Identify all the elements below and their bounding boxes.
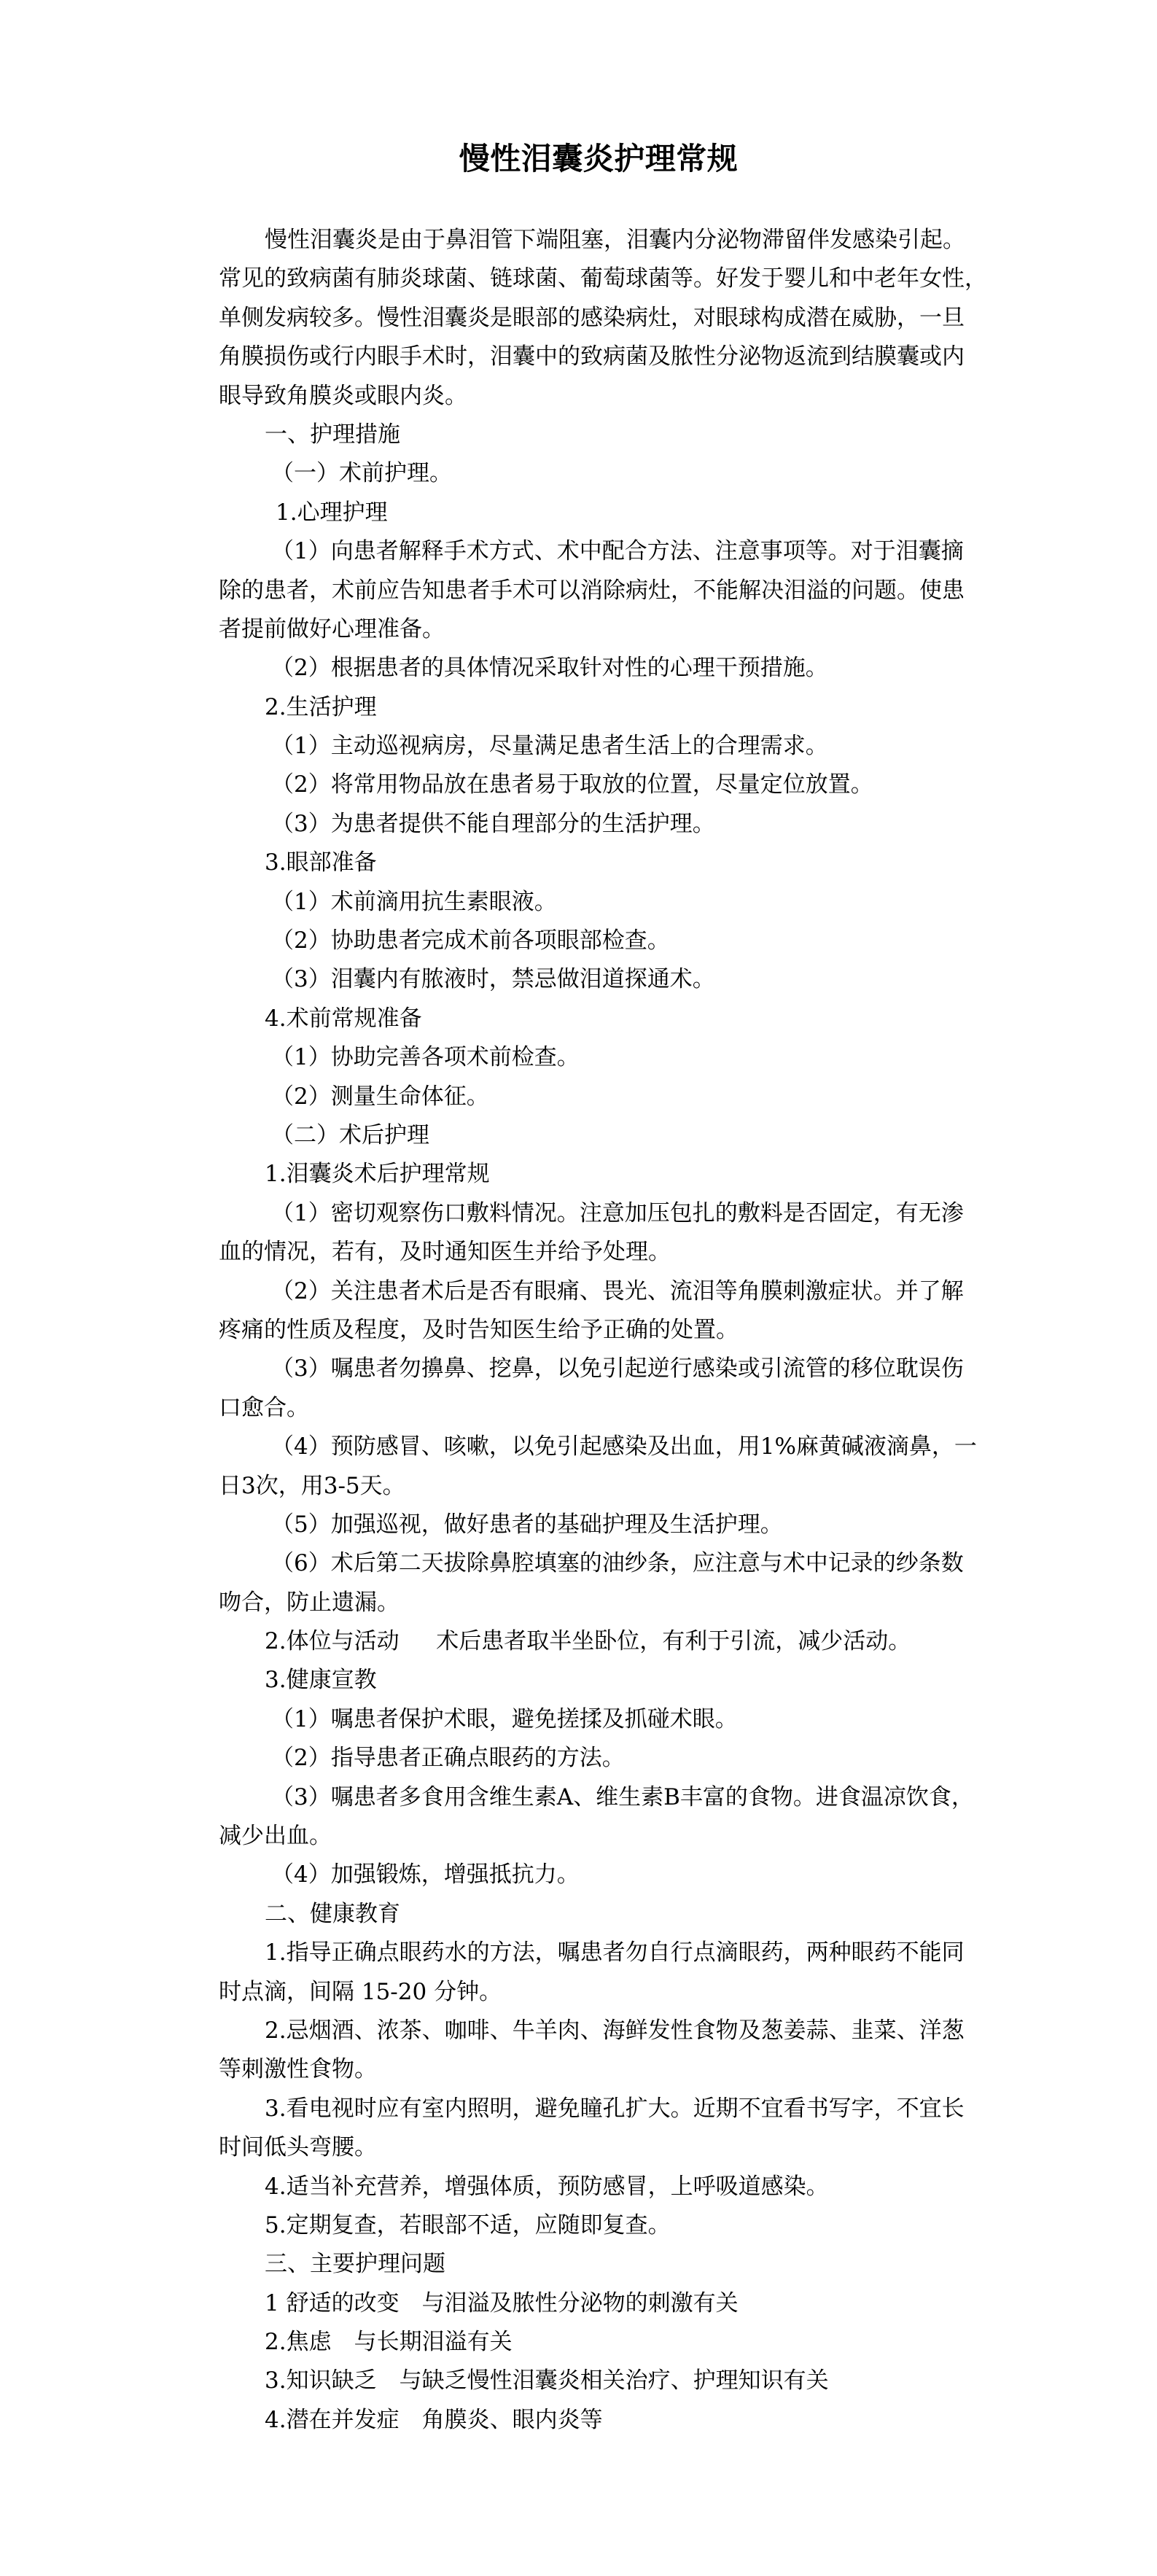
text-line-item: 疼痛的性质及程度，及时告知医生给予正确的处置。: [219, 1311, 981, 1350]
text-line-item: 4.潜在并发症 角膜炎、眼内炎等: [219, 2401, 981, 2440]
text-line-item: （1）协助完善各项术前检查。: [219, 1038, 981, 1077]
text-line-item: 2.忌烟酒、浓茶、咖啡、牛羊肉、海鲜发性食物及葱姜蒜、韭菜、洋葱: [219, 2012, 981, 2050]
text-line-heading-3: 3.眼部准备: [219, 844, 981, 882]
document-title: 慢性泪囊炎护理常规: [219, 139, 978, 179]
text-line-item: （2）关注患者术后是否有眼痛、畏光、流泪等角膜刺激症状。并了解: [219, 1272, 981, 1311]
text-line-heading-2: （二）术后护理: [219, 1116, 981, 1155]
text-line-item: （1）嘱患者保护术眼，避免搓揉及抓碰术眼。: [219, 1700, 981, 1739]
text-line-heading-3: 2.体位与活动 术后患者取半坐卧位，有利于引流，减少活动。: [219, 1622, 981, 1661]
text-line-item: 1.指导正确点眼药水的方法，嘱患者勿自行点滴眼药，两种眼药不能同: [219, 1934, 981, 1972]
text-line-item: 减少出血。: [219, 1817, 981, 1856]
text-line-item: （2）协助患者完成术前各项眼部检查。: [219, 922, 981, 960]
text-line-heading-1: 二、健康教育: [219, 1895, 981, 1934]
document-body: 慢性泪囊炎是由于鼻泪管下端阻塞，泪囊内分泌物滞留伴发感染引起。常见的致病菌有肺炎…: [219, 221, 981, 2440]
text-line-item: （4）预防感冒、咳嗽，以免引起感染及出血，用1%麻黄碱液滴鼻，一: [219, 1428, 981, 1466]
text-line-heading-2: （一）术前护理。: [219, 454, 981, 493]
text-line-item: 日3次，用3-5天。: [219, 1467, 981, 1506]
text-line-item: 吻合，防止遗漏。: [219, 1584, 981, 1622]
text-line-paragraph: 角膜损伤或行内眼手术时，泪囊中的致病菌及脓性分泌物返流到结膜囊或内: [219, 338, 981, 376]
text-line-paragraph: 常见的致病菌有肺炎球菌、链球菌、葡萄球菌等。好发于婴儿和中老年女性，: [219, 260, 981, 298]
text-line-item: （3）嘱患者勿擤鼻、挖鼻，以免引起逆行感染或引流管的移位耽误伤: [219, 1350, 981, 1388]
text-line-item: （3）为患者提供不能自理部分的生活护理。: [219, 805, 981, 844]
text-line-heading-3: 2.生活护理: [219, 688, 981, 727]
text-line-heading-1: 三、主要护理问题: [219, 2245, 981, 2284]
text-line-item: 5.定期复查，若眼部不适，应随即复查。: [219, 2206, 981, 2245]
text-line-item: （4）加强锻炼，增强抵抗力。: [219, 1856, 981, 1894]
text-line-item: （1）密切观察伤口敷料情况。注意加压包扎的敷料是否固定，有无渗: [219, 1194, 981, 1233]
text-line-item: （3）嘱患者多食用含维生素A、维生素B丰富的食物。进食温凉饮食，: [219, 1778, 981, 1817]
text-line-item: 3.知识缺乏 与缺乏慢性泪囊炎相关治疗、护理知识有关: [219, 2362, 981, 2400]
text-line-item: （2）将常用物品放在患者易于取放的位置，尽量定位放置。: [219, 766, 981, 804]
text-line-item: 者提前做好心理准备。: [219, 610, 981, 649]
text-line-heading-3: 3.健康宣教: [219, 1661, 981, 1700]
text-line-item: 等刺激性食物。: [219, 2050, 981, 2089]
text-line-item: （1）术前滴用抗生素眼液。: [219, 883, 981, 922]
text-line-heading-1: 一、护理措施: [219, 416, 981, 454]
text-line-item: 血的情况，若有，及时通知医生并给予处理。: [219, 1233, 981, 1272]
text-line-item: （2）指导患者正确点眼药的方法。: [219, 1739, 981, 1778]
text-line-item: （1）向患者解释手术方式、术中配合方法、注意事项等。对于泪囊摘: [219, 532, 981, 571]
text-line-item: 4.适当补充营养，增强体质，预防感冒，上呼吸道感染。: [219, 2168, 981, 2206]
text-line-heading-3: 4.术前常规准备: [219, 1000, 981, 1038]
text-line-heading-3: 1.心理护理: [219, 494, 981, 532]
text-line-heading-3: 1.泪囊炎术后护理常规: [219, 1155, 981, 1194]
text-line-item: 时点滴，间隔 15-20 分钟。: [219, 1973, 981, 2012]
text-line-item: 2.焦虑 与长期泪溢有关: [219, 2323, 981, 2362]
text-line-item: 1 舒适的改变 与泪溢及脓性分泌物的刺激有关: [219, 2284, 981, 2323]
text-line-paragraph: 单侧发病较多。慢性泪囊炎是眼部的感染病灶，对眼球构成潜在威胁，一旦: [219, 299, 981, 338]
text-line-item: （5）加强巡视，做好患者的基础护理及生活护理。: [219, 1506, 981, 1544]
text-line-item: 口愈合。: [219, 1389, 981, 1428]
text-line-item: 3.看电视时应有室内照明，避免瞳孔扩大。近期不宜看书写字，不宜长: [219, 2090, 981, 2128]
text-line-item: （2）测量生命体征。: [219, 1078, 981, 1116]
document-page: 慢性泪囊炎护理常规 慢性泪囊炎是由于鼻泪管下端阻塞，泪囊内分泌物滞留伴发感染引起…: [0, 0, 1157, 2576]
text-line-item: （2）根据患者的具体情况采取针对性的心理干预措施。: [219, 649, 981, 688]
text-line-item: 除的患者，术前应告知患者手术可以消除病灶，不能解决泪溢的问题。使患: [219, 572, 981, 610]
text-line-item: 时间低头弯腰。: [219, 2128, 981, 2167]
text-line-item: （6）术后第二天拔除鼻腔填塞的油纱条，应注意与术中记录的纱条数: [219, 1544, 981, 1583]
text-line-item: （3）泪囊内有脓液时，禁忌做泪道探通术。: [219, 960, 981, 999]
text-line-paragraph: 慢性泪囊炎是由于鼻泪管下端阻塞，泪囊内分泌物滞留伴发感染引起。: [219, 221, 981, 260]
text-line-paragraph: 眼导致角膜炎或眼内炎。: [219, 377, 981, 416]
text-line-item: （1）主动巡视病房，尽量满足患者生活上的合理需求。: [219, 727, 981, 766]
